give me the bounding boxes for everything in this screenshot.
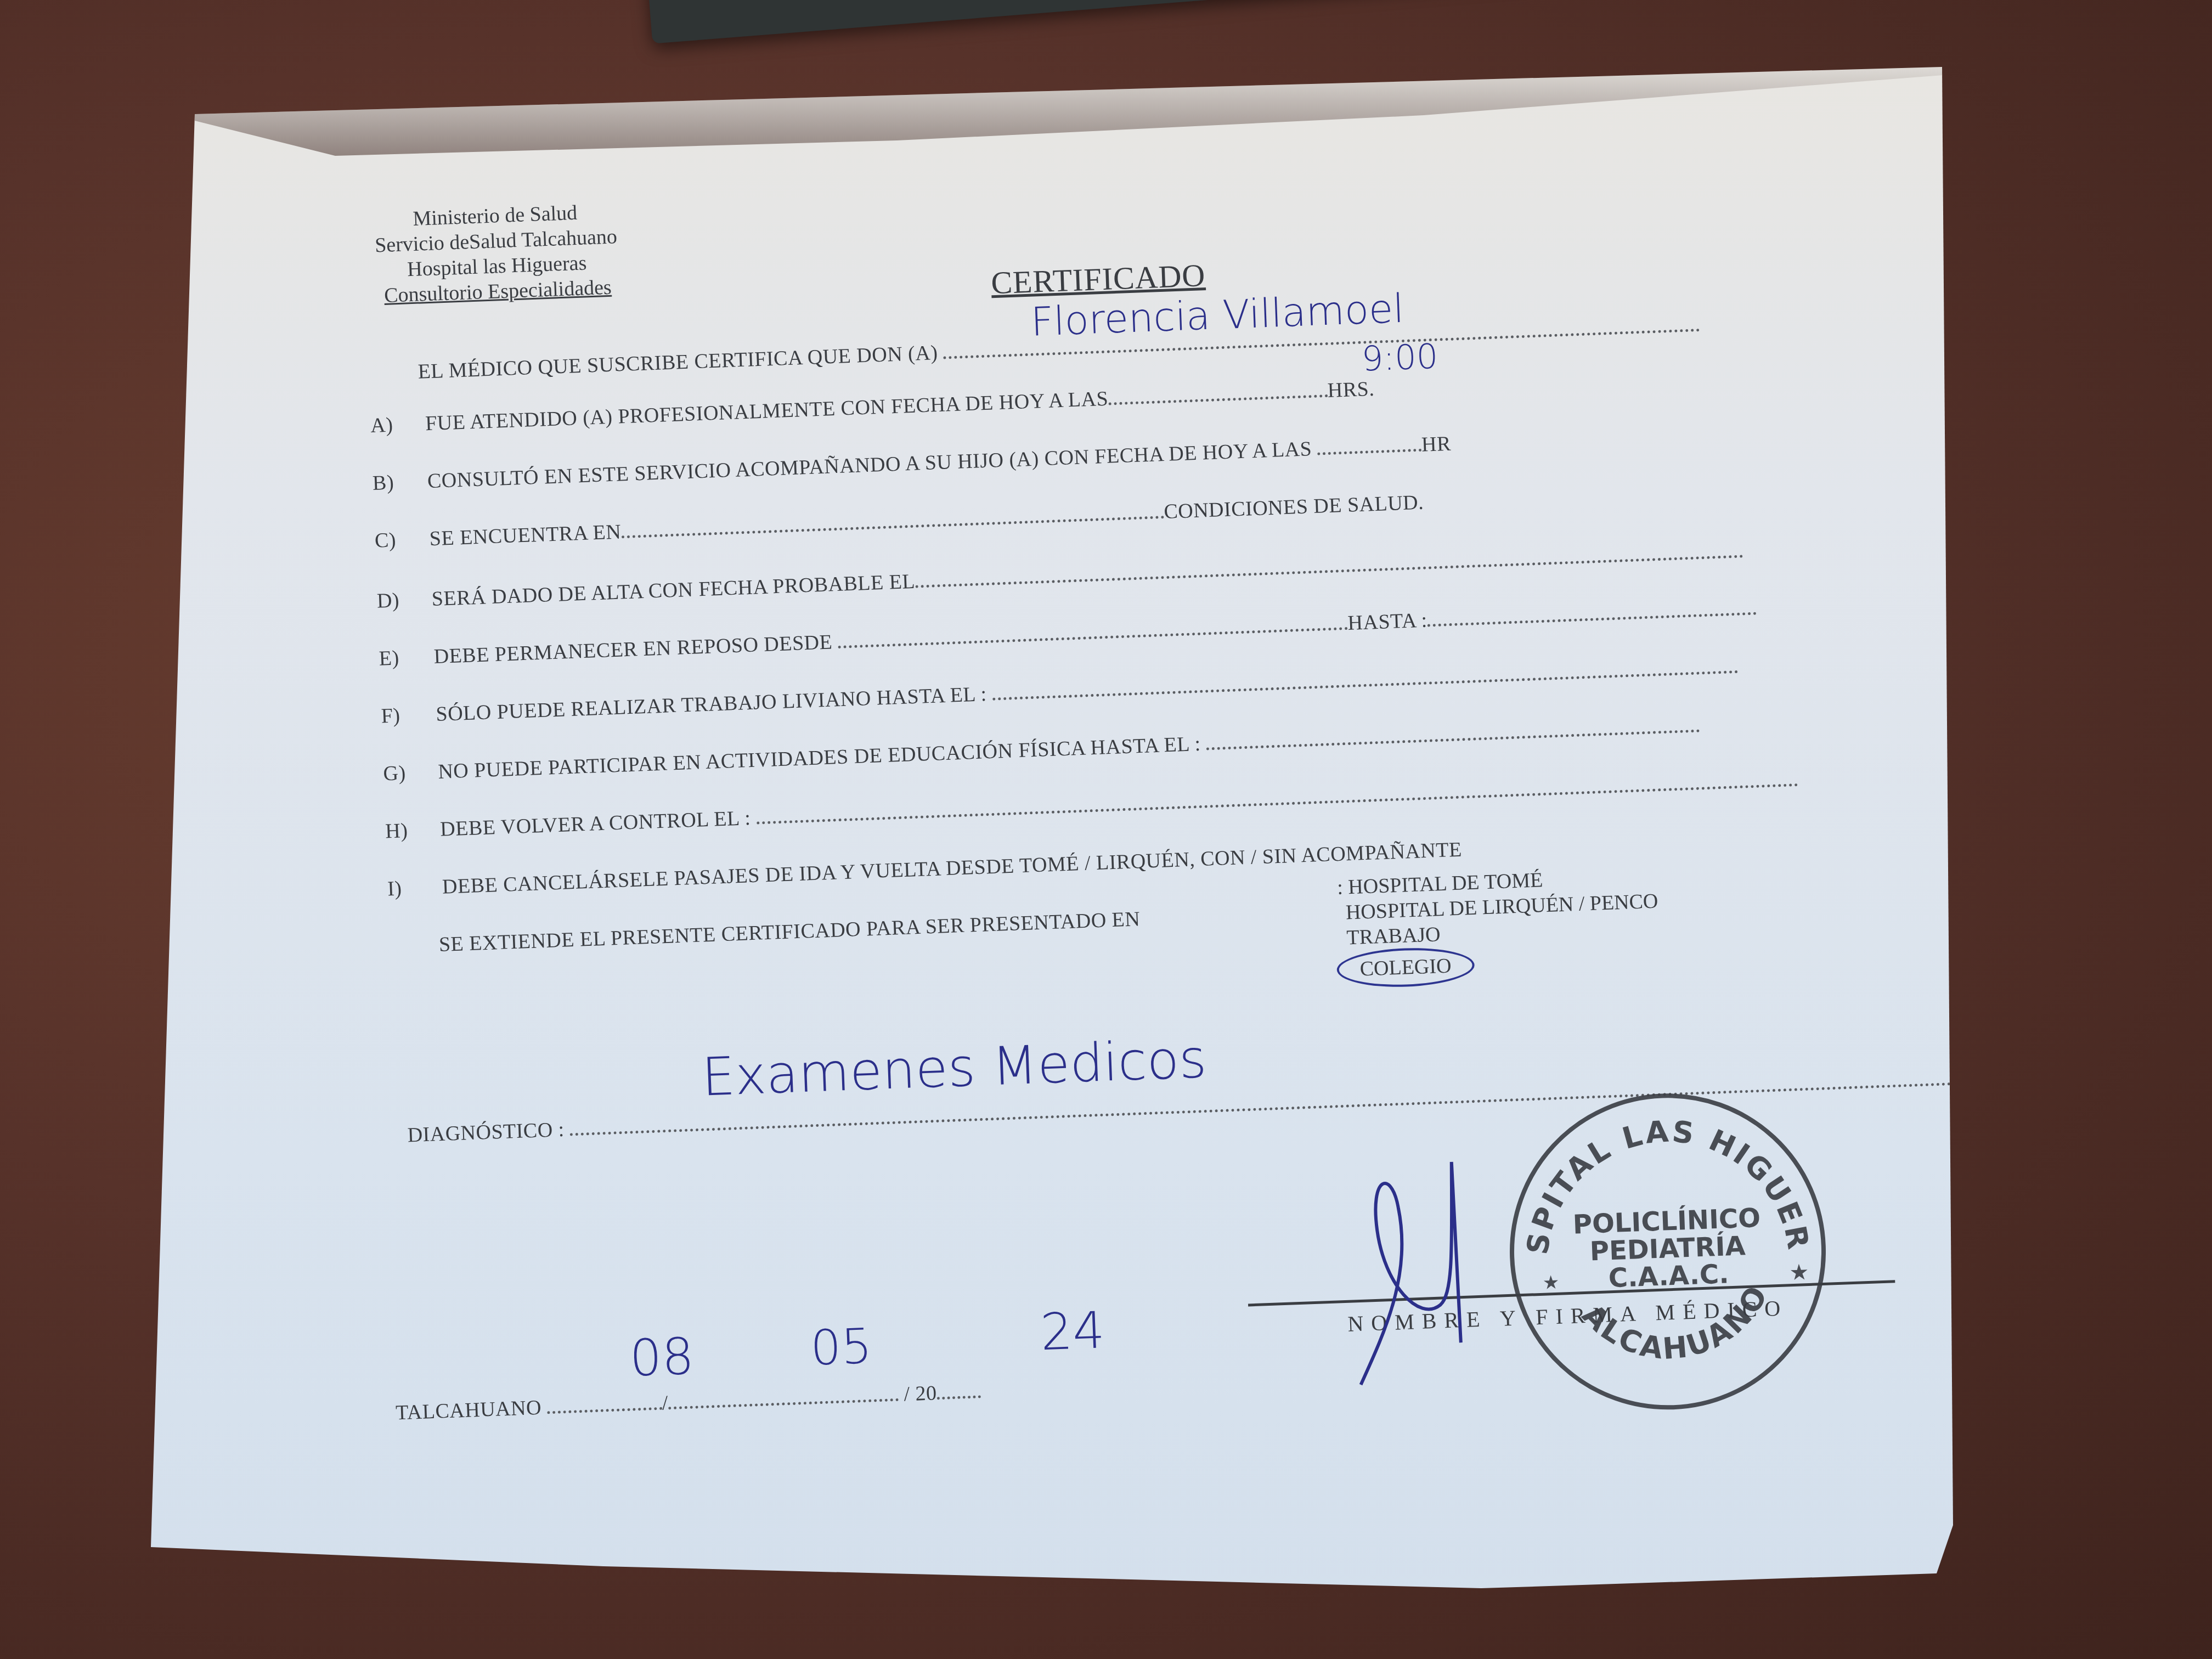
item-d-text: SERÁ DADO DE ALTA CON FECHA PROBABLE EL xyxy=(431,570,916,611)
item-g-text: NO PUEDE PARTICIPAR EN ACTIVIDADES DE ED… xyxy=(438,732,1201,783)
hospital-stamp: HOSPITAL LAS HIGUERAS TALCAHUANO ★ ★ POL… xyxy=(1504,1088,1832,1415)
item-a-time-handwritten: 9:00 xyxy=(1361,336,1439,379)
certificate-paper: Ministerio de Salud Servicio deSalud Tal… xyxy=(0,0,2212,1659)
item-h-letter: H) xyxy=(385,817,436,843)
item-h: H) DEBE VOLVER A CONTROL EL : xyxy=(385,768,1798,843)
item-i: I) DEBE CANCELÁRSELE PASAJES DE IDA Y VU… xyxy=(387,838,1462,901)
diagnosis-label: DIAGNÓSTICO : xyxy=(407,1118,565,1147)
item-f-field[interactable] xyxy=(992,667,1738,701)
item-i-letter: I) xyxy=(387,875,437,901)
doctor-signature xyxy=(1331,1161,1482,1396)
day-handwritten: 08 xyxy=(629,1327,695,1388)
presented-label: SE EXTIENDE EL PRESENTE CERTIFICADO PARA… xyxy=(438,907,1141,956)
place-date-row: TALCAHUANO / / 20 xyxy=(395,1379,981,1425)
item-e-suffix: HASTA : xyxy=(1347,609,1428,635)
item-f-letter: F) xyxy=(381,702,431,728)
item-g: G) NO PUEDE PARTICIPAR EN ACTIVIDADES DE… xyxy=(383,714,1700,786)
item-e-text: DEBE PERMANECER EN REPOSO DESDE xyxy=(433,630,833,668)
item-d: D) SERÁ DADO DE ALTA CON FECHA PROBABLE … xyxy=(376,539,1743,613)
presented-options: : HOSPITAL DE TOMÉ HOSPITAL DE LIRQUÉN /… xyxy=(1336,864,1661,989)
item-d-letter: D) xyxy=(376,587,427,613)
item-g-letter: G) xyxy=(383,760,433,786)
item-b-letter: B) xyxy=(372,470,422,495)
item-h-field[interactable] xyxy=(756,780,1798,825)
item-b-text: CONSULTÓ EN ESTE SERVICIO ACOMPAÑANDO A … xyxy=(427,437,1312,493)
item-h-text: DEBE VOLVER A CONTROL EL : xyxy=(440,806,752,841)
item-b: B) CONSULTÓ EN ESTE SERVICIO ACOMPAÑANDO… xyxy=(372,432,1451,495)
item-i-text: DEBE CANCELÁRSELE PASAJES DE IDA Y VUELT… xyxy=(442,838,1462,899)
century-prefix: / 20 xyxy=(904,1381,938,1406)
city-label: TALCAHUANO xyxy=(395,1396,541,1425)
item-e-from-field[interactable] xyxy=(838,624,1348,648)
institution-header: Ministerio de Salud Servicio deSalud Tal… xyxy=(374,199,619,308)
item-b-suffix: HR xyxy=(1421,432,1451,456)
month-handwritten: 05 xyxy=(810,1318,873,1376)
background-device xyxy=(647,0,2212,44)
item-c-letter: C) xyxy=(374,527,425,553)
intro-label: EL MÉDICO QUE SUSCRIBE CERTIFICA QUE DON… xyxy=(417,341,938,383)
item-a-suffix: HRS. xyxy=(1327,377,1375,402)
item-a-letter: A) xyxy=(370,412,420,438)
item-e-to-field[interactable] xyxy=(1427,609,1757,627)
item-f: F) SÓLO PUEDE REALIZAR TRABAJO LIVIANO H… xyxy=(381,654,1739,729)
certificate-sheet: Ministerio de Salud Servicio deSalud Tal… xyxy=(351,139,1989,1514)
item-c: C) SE ENCUENTRA ENCONDICIONES DE SALUD. xyxy=(374,490,1424,553)
item-d-field[interactable] xyxy=(915,551,1743,588)
year-field[interactable] xyxy=(937,1392,981,1400)
item-c-text: SE ENCUENTRA EN xyxy=(429,520,622,550)
item-a: A) FUE ATENDIDO (A) PROFESIONALMENTE CON… xyxy=(370,377,1375,438)
day-field[interactable] xyxy=(547,1404,662,1414)
presented-row: SE EXTIENDE EL PRESENTE CERTIFICADO PARA… xyxy=(438,907,1141,957)
item-b-field[interactable] xyxy=(1317,445,1421,455)
option-colegio-selected[interactable]: COLEGIO xyxy=(1336,946,1475,989)
item-g-field[interactable] xyxy=(1206,726,1700,751)
stamp-center: POLICLÍNICO PEDIATRÍA C.A.A.C. xyxy=(1513,1202,1822,1295)
item-a-field[interactable] xyxy=(1108,391,1328,405)
month-field[interactable] xyxy=(668,1395,899,1409)
item-c-suffix: CONDICIONES DE SALUD. xyxy=(1164,491,1424,523)
item-c-field[interactable] xyxy=(621,512,1164,538)
item-f-text: SÓLO PUEDE REALIZAR TRABAJO LIVIANO HAST… xyxy=(436,682,988,726)
item-e-letter: E) xyxy=(379,645,429,670)
year-handwritten: 24 xyxy=(1040,1301,1106,1362)
item-a-text: FUE ATENDIDO (A) PROFESIONALMENTE CON FE… xyxy=(425,387,1109,436)
diagnosis-handwritten: Examenes Medicos xyxy=(701,1028,1207,1108)
item-e: E) DEBE PERMANECER EN REPOSO DESDE HASTA… xyxy=(379,596,1757,671)
